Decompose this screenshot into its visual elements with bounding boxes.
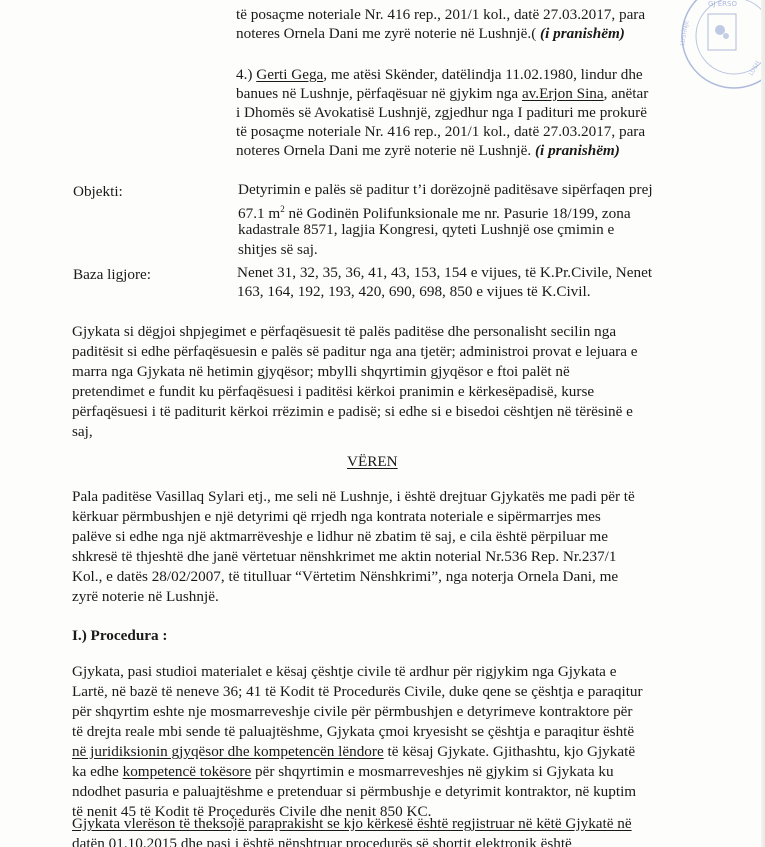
- svg-text:LUSH: LUSH: [748, 60, 762, 77]
- procedura-line-2: Lartë, në bazë të neneve 36; 41 të Kodit…: [72, 682, 643, 701]
- party-name: Gerti Gega: [256, 66, 323, 83]
- closing-line-1: Gjykata vlerëson të theksojë paraprakish…: [72, 814, 632, 833]
- procedura-line-4: të drejta reale mbi sende të paluajtëshm…: [72, 722, 634, 741]
- procedura-heading: I.) Procedura :: [72, 626, 167, 645]
- svg-text:LUSHNJE: LUSHNJE: [679, 20, 690, 47]
- procedura-line-1: Gjykata, pasi studioi materialet e kësaj…: [72, 662, 616, 681]
- party4-line-2: banues në Lushnje, përfaqësuar në gjykim…: [236, 84, 648, 103]
- objekti-label: Objekti:: [73, 182, 123, 201]
- procedura-line-5: në juridiksionin gjyqësor dhe kompetencë…: [72, 742, 635, 761]
- veren-heading: VËREN: [347, 452, 398, 471]
- procedura-line-7: ndodhet pasuria e paluajtëshme e pretend…: [72, 782, 636, 801]
- veren-line-1: Pala paditëse Vasillaq Sylari etj., me s…: [72, 487, 635, 506]
- objekti-line-1: Detyrimin e palës së paditur t’i dorëzoj…: [238, 180, 653, 199]
- veren-line-4: shkresë të thjeshtë dhe janë vërtetuar n…: [72, 547, 617, 566]
- competence-pre: ka edhe: [72, 763, 123, 780]
- procedura-line-3: për shqyrtim eshte nje mosmarreveshje ci…: [72, 702, 632, 721]
- baza-line-2: 163, 164, 192, 193, 420, 690, 698, 850 e…: [237, 282, 591, 301]
- electronic-draw-underlined: shortit elektronik është: [433, 835, 572, 847]
- party-number: 4.): [236, 66, 256, 83]
- objekti-line-3: kadastrale 8571, lagjia Kongresi, qyteti…: [238, 220, 614, 239]
- veren-line-2: kërkuar përmbushjen e një detyrimi që rr…: [72, 507, 601, 526]
- continuation-text: noteres Ornela Dani me zyrë noterie në L…: [236, 25, 540, 42]
- court-stamp-icon: GJ ERSO LUSHNJE LUSH: [672, 0, 765, 116]
- veren-line-6: zyrë noterie në Lushnjë.: [72, 587, 219, 606]
- hearing-line-2: paditësit si edhe përfaqësuesin e palës …: [72, 342, 638, 361]
- baza-label: Baza ligjore:: [73, 265, 151, 284]
- svg-text:GJ ERSO: GJ ERSO: [708, 0, 737, 8]
- party-details: , me atësi Skënder, datëlindja 11.02.198…: [323, 66, 642, 83]
- veren-line-5: Kol., e datës 28/02/2007, të titulluar “…: [72, 567, 618, 586]
- party4-line-3: i Dhomës së Avokatisë Lushnjë, zgjedhur …: [236, 103, 647, 122]
- baza-line-1: Nenet 31, 32, 35, 36, 41, 43, 153, 154 e…: [237, 263, 652, 282]
- procedura-line-6: ka edhe kompetencë tokësore për shqyrtim…: [72, 762, 614, 781]
- continuation-line-2: noteres Ornela Dani me zyrë noterie në L…: [236, 24, 625, 43]
- party4-line-4: të posaçme noteriale Nr. 416 rep., 201/1…: [236, 122, 645, 141]
- veren-line-3: palëve si edhe nga një aktmarrëveshje e …: [72, 527, 608, 546]
- jurisdiction-underlined: në juridiksionin gjyqësor dhe kompetencë…: [72, 743, 384, 760]
- competence-rest: për shqyrtimin e mosmarreveshjes në gjyk…: [251, 763, 613, 780]
- hearing-line-1: Gjykata si dëgjoi shpjegimet e përfaqësu…: [72, 322, 616, 341]
- presence-note: (i pranishëm): [535, 142, 620, 159]
- veren-heading-text: VËREN: [347, 453, 398, 470]
- party-residence: banues në Lushnje, përfaqësuar në gjykim…: [236, 85, 522, 102]
- competence-underlined: kompetencë tokësore: [123, 763, 252, 780]
- closing-underlined: Gjykata vlerëson të theksojë paraprakish…: [72, 815, 632, 832]
- closing-date-text: datën 01.10.2015 dhe pasi i është nënsht…: [72, 835, 433, 847]
- closing-line-2: datën 01.10.2015 dhe pasi i është nënsht…: [72, 834, 572, 847]
- lawyer-name: av.Erjon Sina: [522, 85, 604, 102]
- party4-notary: noteres Ornela Dani me zyrë noterie në L…: [236, 142, 535, 159]
- jurisdiction-rest: të kësaj Gjykate. Gjithashtu, kjo Gjykat…: [384, 743, 635, 760]
- party4-line-5: noteres Ornela Dani me zyrë noterie në L…: [236, 141, 620, 160]
- page-edge: [761, 0, 765, 847]
- document-page: të posaçme noteriale Nr. 416 rep., 201/1…: [0, 0, 765, 847]
- objekti-line-4: shitjes së saj.: [238, 240, 318, 259]
- party-member: , anëtar: [604, 85, 649, 102]
- hearing-line-5: përfaqësuesi i të paditurit kërkoi rrëzi…: [72, 402, 633, 421]
- party4-line-1: 4.) Gerti Gega, me atësi Skënder, datëli…: [236, 65, 643, 84]
- presence-note: (i pranishëm): [540, 25, 625, 42]
- hearing-line-3: marra nga Gjykata në hetimin gjyqësor; m…: [72, 362, 570, 381]
- continuation-line-1: të posaçme noteriale Nr. 416 rep., 201/1…: [236, 5, 645, 24]
- hearing-line-6: saj,: [72, 422, 93, 441]
- hearing-line-4: pretendimet e fundit ku përfaqësuesi i p…: [72, 382, 594, 401]
